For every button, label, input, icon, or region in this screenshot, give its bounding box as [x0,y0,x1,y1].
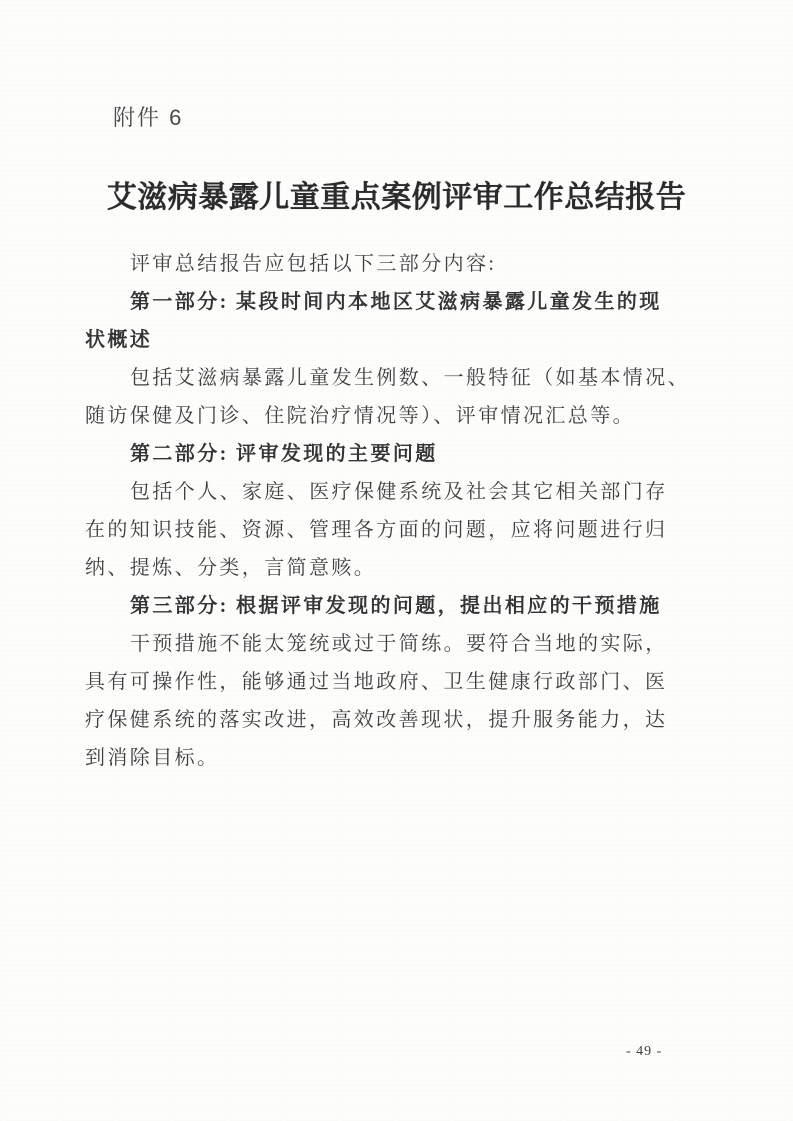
body-text-line: 在的知识技能、资源、管理各方面的问题，应将问题进行归 [85,511,685,549]
body-text-line: 包括艾滋病暴露儿童发生例数、一般特征（如基本情况、 [85,359,685,397]
section-heading-line: 状概述 [85,321,685,359]
body-text-line: 疗保健系统的落实改进，高效改善现状，提升服务能力，达 [85,701,685,739]
body-text-line: 纳、提炼、分类，言简意赅。 [85,549,685,587]
section-heading-line: 第二部分: 评审发现的主要问题 [85,435,685,473]
body-text-line: 到消除目标。 [85,739,685,777]
document-body: 评审总结报告应包括以下三部分内容:第一部分: 某段时间内本地区艾滋病暴露儿童发生… [85,245,685,777]
body-text-line: 包括个人、家庭、医疗保健系统及社会其它相关部门存 [85,473,685,511]
page-number: - 49 - [626,1044,662,1060]
body-text-line: 干预措施不能太笼统或过于简练。要符合当地的实际， [85,625,685,663]
section-heading-line: 第三部分: 根据评审发现的问题，提出相应的干预措施 [85,587,685,625]
attachment-label: 附件 6 [113,101,183,132]
section-heading-line: 第一部分: 某段时间内本地区艾滋病暴露儿童发生的现 [85,283,685,321]
document-title: 艾滋病暴露儿童重点案例评审工作总结报告 [0,172,793,216]
document-page: 附件 6 艾滋病暴露儿童重点案例评审工作总结报告 评审总结报告应包括以下三部分内… [0,0,793,1121]
body-text-line: 随访保健及门诊、住院治疗情况等）、评审情况汇总等。 [85,397,685,435]
body-text-line: 评审总结报告应包括以下三部分内容: [85,245,685,283]
body-text-line: 具有可操作性，能够通过当地政府、卫生健康行政部门、医 [85,663,685,701]
